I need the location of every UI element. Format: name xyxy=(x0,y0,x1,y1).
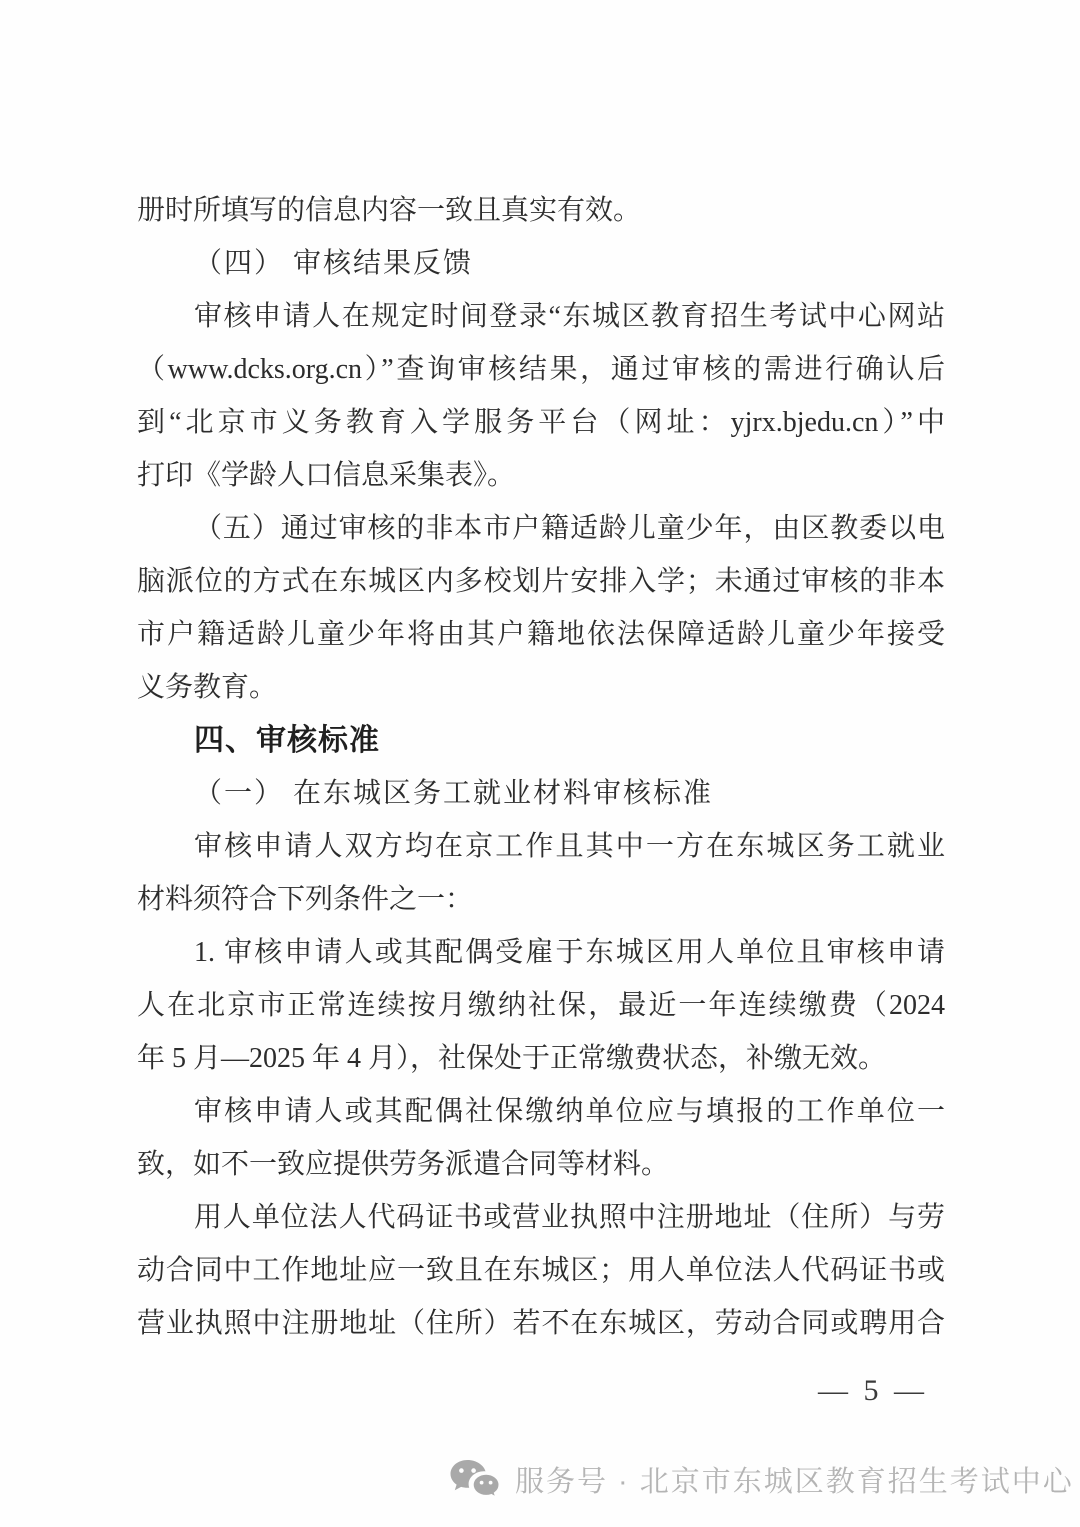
text-line: 年 5 月—2025 年 4 月），社保处于正常缴费状态，补缴无效。 xyxy=(137,1032,945,1085)
text-line: （www.dcks.org.cn）”查询审核结果，通过审核的需进行确认后 xyxy=(137,343,945,396)
page-number: — 5 — xyxy=(818,1364,938,1417)
text-line: 用人单位法人代码证书或营业执照中注册地址（住所）与劳 xyxy=(137,1191,945,1244)
text-line: 材料须符合下列条件之一： xyxy=(137,873,945,926)
text-line: 打印《学龄人口信息采集表》。 xyxy=(137,449,945,502)
footer-account-label: 服务号 · 北京市东城区教育招生考试中心 xyxy=(515,1458,1074,1506)
text-line: 营业执照中注册地址（住所）若不在东城区，劳动合同或聘用合 xyxy=(137,1297,945,1350)
text-line: 动合同中工作地址应一致且在东城区；用人单位法人代码证书或 xyxy=(137,1244,945,1297)
text-line: （一） 在东城区务工就业材料审核标准 xyxy=(137,767,945,820)
text-line: 1. 审核申请人或其配偶受雇于东城区用人单位且审核申请 xyxy=(137,926,945,979)
wechat-account-footer: 服务号 · 北京市东城区教育招生考试中心 xyxy=(448,1458,1074,1506)
text-line: 审核申请人或其配偶社保缴纳单位应与填报的工作单位一 xyxy=(137,1085,945,1138)
document-body: 册时所填写的信息内容一致且真实有效。（四） 审核结果反馈审核申请人在规定时间登录… xyxy=(137,184,945,1350)
text-line: 脑派位的方式在东城区内多校划片安排入学；未通过审核的非本 xyxy=(137,555,945,608)
text-line: 致，如不一致应提供劳务派遣合同等材料。 xyxy=(137,1138,945,1191)
text-line: 四、审核标准 xyxy=(137,714,945,767)
document-page: 册时所填写的信息内容一致且真实有效。（四） 审核结果反馈审核申请人在规定时间登录… xyxy=(0,0,1080,1527)
text-line: 市户籍适龄儿童少年将由其户籍地依法保障适龄儿童少年接受 xyxy=(137,608,945,661)
text-line: 到“北京市义务教育入学服务平台（网址：yjrx.bjedu.cn）”中 xyxy=(137,396,945,449)
text-line: 审核申请人在规定时间登录“东城区教育招生考试中心网站 xyxy=(137,290,945,343)
text-line: 义务教育。 xyxy=(137,661,945,714)
wechat-logo-icon xyxy=(448,1458,502,1506)
text-line: 册时所填写的信息内容一致且真实有效。 xyxy=(137,184,945,237)
text-line: （四） 审核结果反馈 xyxy=(137,237,945,290)
text-line: （五）通过审核的非本市户籍适龄儿童少年，由区教委以电 xyxy=(137,502,945,555)
text-line: 人在北京市正常连续按月缴纳社保，最近一年连续缴费（2024 xyxy=(137,979,945,1032)
text-line: 审核申请人双方均在京工作且其中一方在东城区务工就业 xyxy=(137,820,945,873)
